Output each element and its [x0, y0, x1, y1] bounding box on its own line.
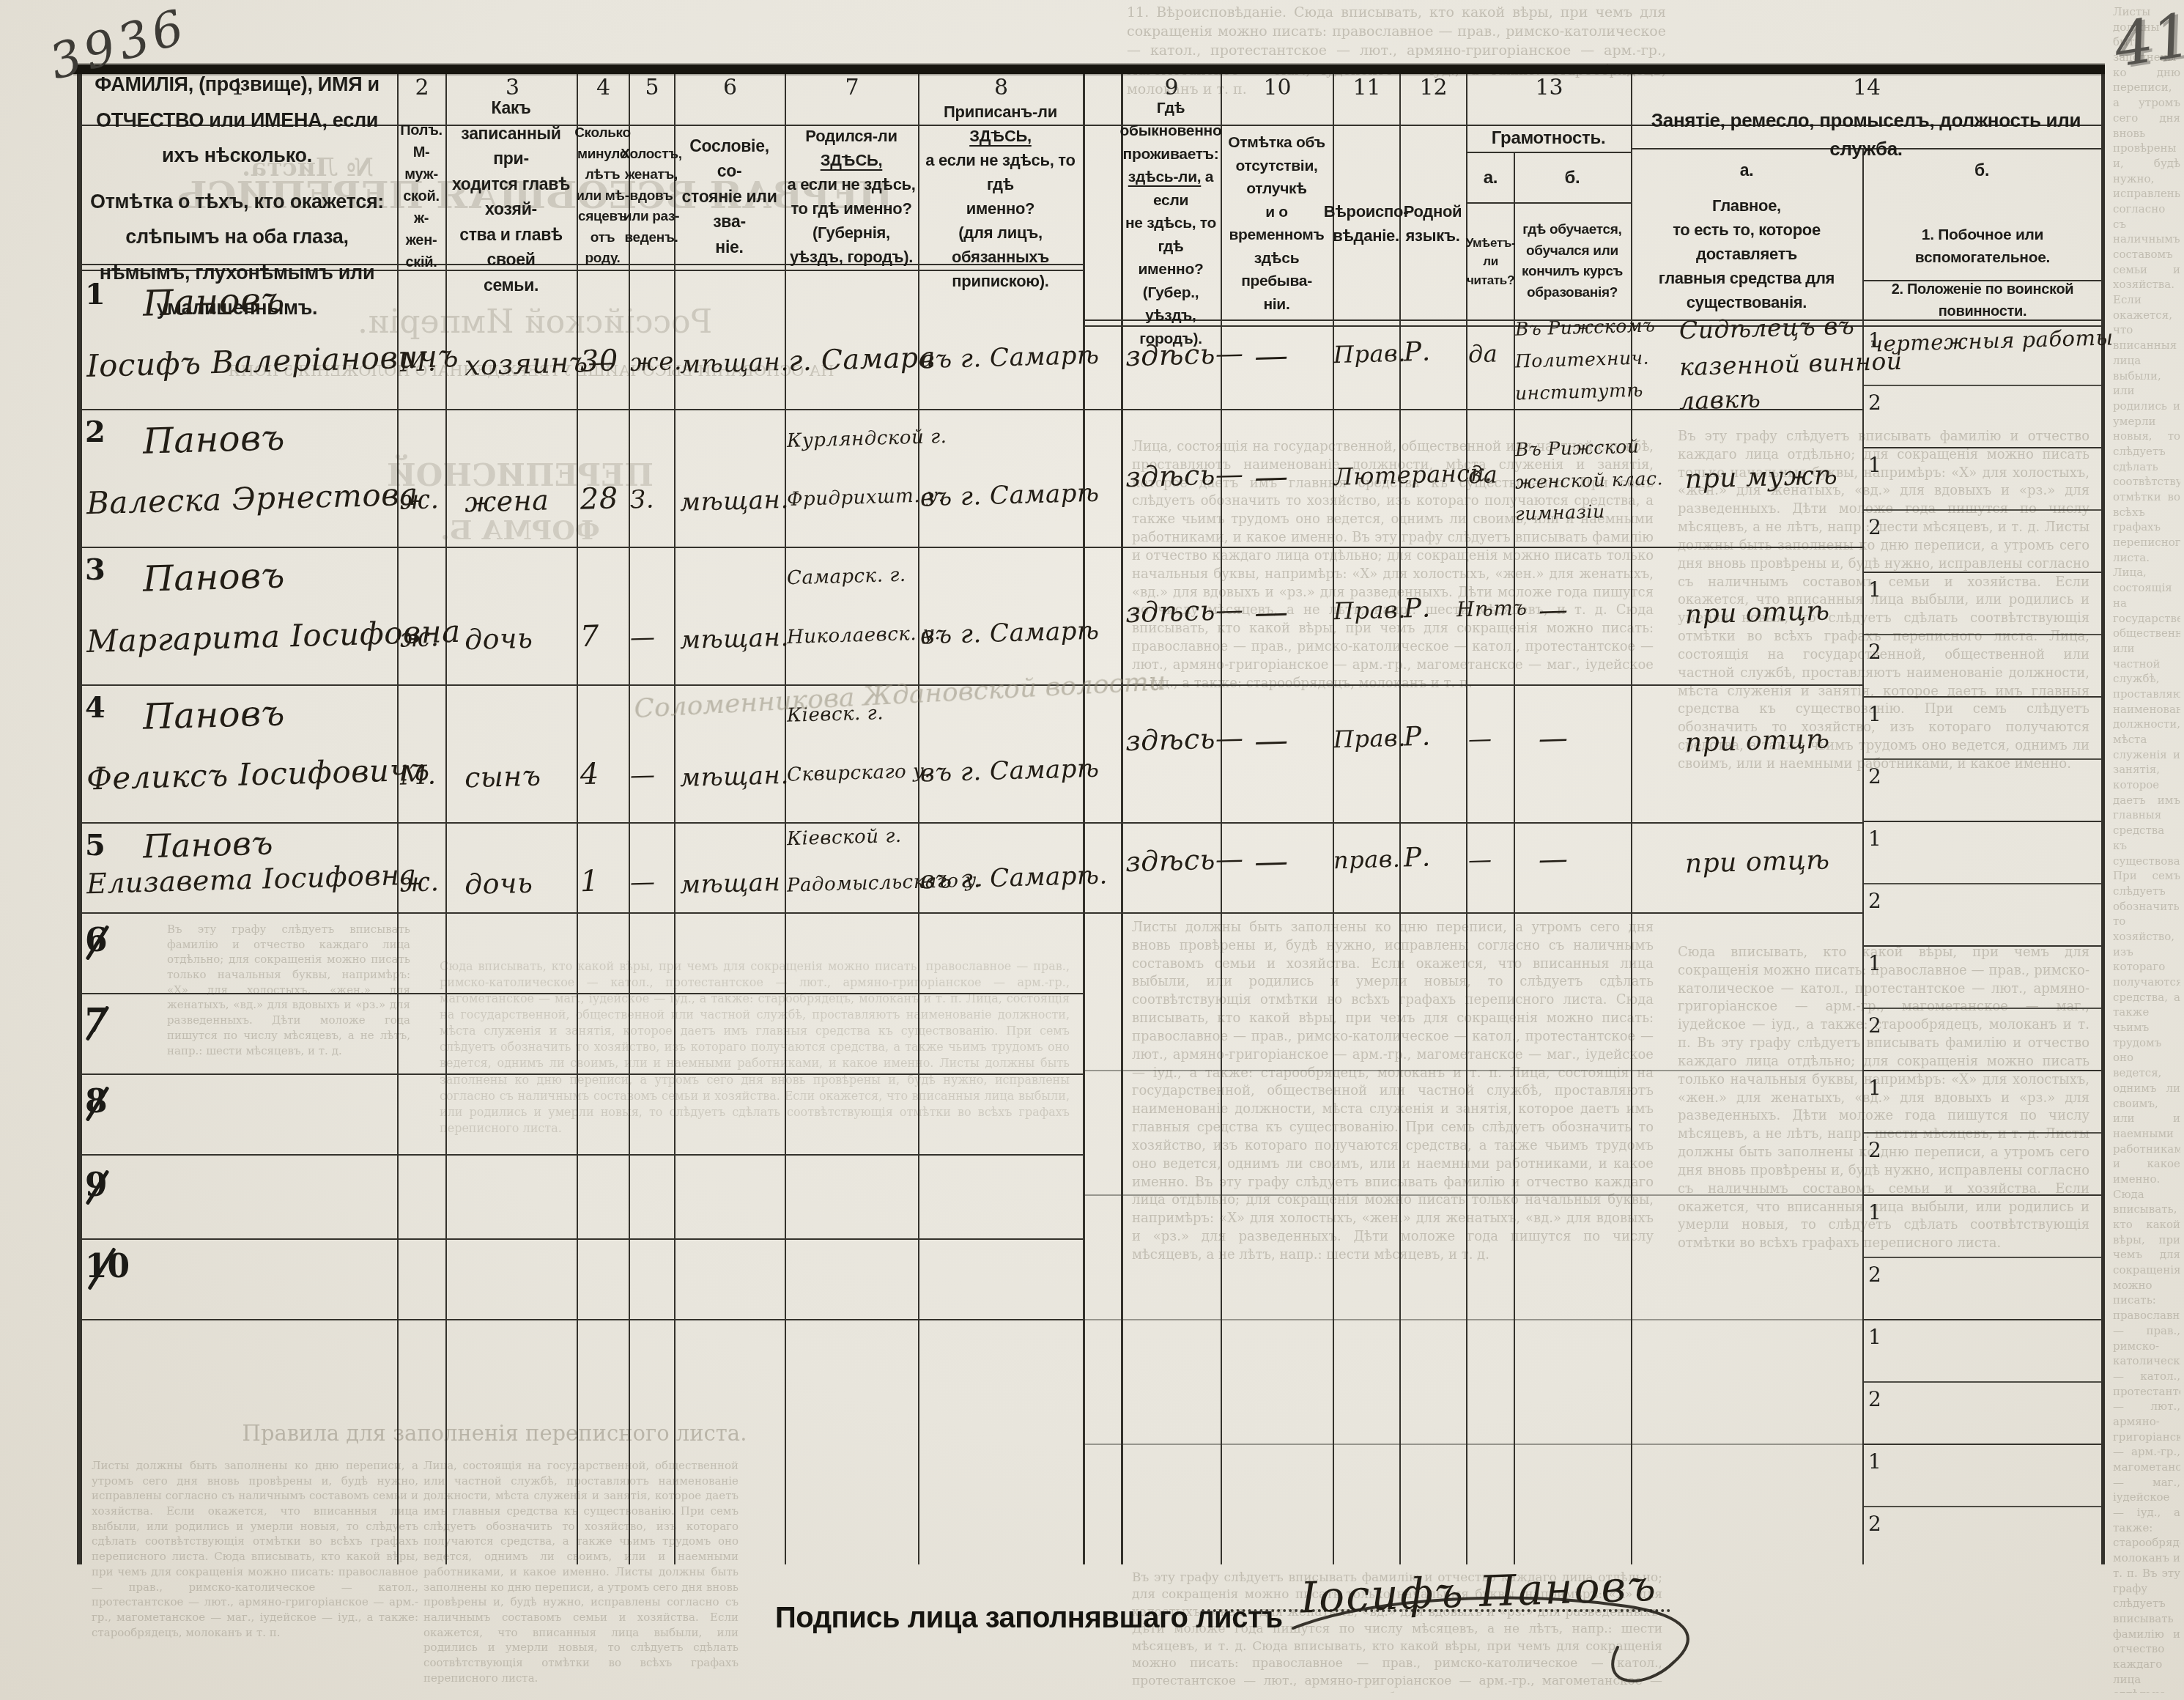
cell-age: 4 [580, 758, 599, 792]
census-sheet-scan: 11. Вѣроисповѣданіе. Сюда вписывать, кто… [0, 0, 2184, 1700]
cell-birthplace-line2: Николаевск. у. [787, 622, 941, 648]
subrow-number-2: 2 [1868, 515, 1898, 539]
subrow-number-2: 2 [1868, 764, 1898, 788]
cell-relation: жена [464, 484, 549, 518]
col14b-subrow-line [1862, 1444, 2101, 1445]
row-divider [77, 409, 1862, 410]
header-text: Родился-ли [805, 127, 897, 145]
cell-education-dash: — [1538, 593, 1569, 627]
cell-education-line: гимназіи [1515, 500, 1605, 524]
cell-language: Р. [1403, 336, 1431, 367]
column-number: 6 [675, 75, 785, 100]
column-header-8: Приписанъ-ли ЗДѢСЬ, а если не здѣсь, то … [919, 130, 1081, 262]
col14b-subrow-line [1862, 572, 2101, 573]
col13-label-a: а. [1467, 157, 1514, 199]
col14b-subrow-line [1862, 1319, 2101, 1320]
col14b-subrow-midline [1862, 1506, 2101, 1507]
subrow-number-1: 1 [1868, 1200, 1898, 1224]
col14b-subrow-midline [1862, 883, 2101, 884]
empty-row-divider [77, 993, 1083, 994]
col13-title-underline [1466, 152, 1631, 153]
right-page-faint-divider [1083, 1070, 1862, 1071]
cell-residence: здѣсь— [1125, 458, 1243, 493]
subrow-number-1: 1 [1868, 827, 1898, 851]
col14-title: Занятіе, ремесло, промыселъ, должность и… [1632, 123, 2100, 147]
column-number: 11 [1334, 75, 1399, 100]
column-line [397, 64, 399, 1564]
column-number: 4 [578, 75, 629, 100]
col14b-subrow-midline [1862, 1008, 2101, 1009]
subrow-number-2: 2 [1868, 889, 1898, 913]
col14b-subrow-line [1862, 696, 2101, 698]
column-line [1083, 64, 1085, 1564]
header-text: а если не здѣсь, то гдѣ именно? (для лиц… [925, 151, 1075, 290]
col14b-subrow-midline [1862, 1381, 2101, 1383]
column-header-4: Сколько минуло лѣтъ или мѣ- сяцевъ отъ р… [578, 130, 627, 262]
bleedthrough-text: Сюда вписывать, кто какой вѣры, при чемъ… [440, 958, 1070, 1369]
col14b-subrow-line [1862, 945, 2101, 947]
cell-relation: дочь [464, 622, 533, 657]
header-text-wrap: Приписанъ-ли ЗДѢСЬ, а если не здѣсь, то … [919, 100, 1081, 293]
cell-education-line: Политехнич. [1515, 347, 1650, 372]
col13-a-text: Умѣетъ- ли читать? [1467, 208, 1514, 315]
cell-birthplace-line2: Сквирскаго у. [787, 760, 931, 786]
right-page-faint-divider [1083, 1444, 1862, 1445]
col14b-subrow-midline [1862, 634, 2101, 635]
cell-literate: да [1467, 339, 1498, 368]
subrow-number-1: 1 [1868, 453, 1898, 477]
cell-literate: Нѣтъ [1456, 596, 1528, 622]
cell-education-line: институтѣ [1515, 380, 1644, 404]
cell-absence-mark: — [1254, 456, 1289, 496]
subrow-number-2: 2 [1868, 1138, 1898, 1162]
cell-age: 28 [580, 481, 618, 516]
subrow-number-1: 1 [1868, 951, 1898, 975]
cell-age: 7 [580, 620, 599, 654]
cell-occupation-main-line: Сидѣлецъ въ [1679, 311, 1855, 345]
cell-religion: Прав. [1333, 596, 1406, 626]
cell-name: Валеска Эрнестова [86, 476, 418, 522]
cell-occupation-main: при отцѣ [1684, 596, 1830, 630]
column-number: 10 [1222, 75, 1333, 100]
column-header-2: Полъ. М-муж- ской. ж-жен- скій. [399, 130, 444, 262]
column-header-6: Сословіе, со- стояніе или зва- ніе. [675, 130, 783, 262]
cell-education-line: женской клас. [1515, 467, 1664, 493]
cell-occupation-main-line: лавкѣ [1678, 384, 1761, 415]
cell-name: Феликсъ Іосифовичъ [86, 751, 430, 797]
col14-b2-text: 2. Положеніе по воинской повинности. [1870, 284, 2095, 317]
cell-religion: Прав. [1333, 339, 1406, 369]
cell-marital: З. [629, 485, 654, 515]
col13-ab-underline [1466, 202, 1631, 204]
col14b-subrow-midline [1862, 385, 2101, 386]
cell-language: Р. [1403, 593, 1431, 624]
cell-absence-mark: — [1254, 591, 1289, 632]
cell-registered: въ г. Самарѣ [919, 754, 1100, 788]
cell-residence: здѣсь— [1125, 594, 1243, 629]
cell-occupation-main: при отцѣ [1684, 724, 1830, 758]
cell-marital: — [629, 868, 656, 898]
column-line [674, 64, 675, 1564]
cell-sex: М. [399, 760, 436, 791]
right-page-faint-divider [1083, 1319, 1862, 1320]
cell-estate: мѣщан. [679, 623, 789, 655]
column-header-10: Отмѣтка объ отсутствіи, отлучкѣ и о врем… [1222, 129, 1331, 318]
row-divider [77, 547, 1862, 548]
cell-registered: въ г. Самарѣ. [919, 860, 1108, 895]
header-text-wrap: Родился-ли ЗДѢСЬ, а если не здѣсь, то гд… [786, 124, 917, 269]
subrow-number-2: 2 [1868, 391, 1898, 415]
cell-name: Елизавета Іосифовна [86, 859, 417, 901]
subrow-number-2: 2 [1868, 1387, 1898, 1411]
col14b-subrow-midline [1862, 758, 2101, 760]
cell-registered: въ г. Самарѣ [919, 616, 1100, 651]
cell-literate: — [1467, 725, 1492, 753]
cell-estate: мѣщан. [679, 761, 789, 793]
col14b-subrow-line [1862, 447, 2101, 448]
page-number-pencil: 41 [2109, 0, 2184, 81]
subrow-number-1: 1 [1868, 1449, 1898, 1474]
cell-education-dash: — [1538, 721, 1569, 755]
col14-b1-text: 1. Побочное или вспомогательное. [1870, 217, 2095, 276]
cell-literate: да [1467, 460, 1498, 489]
subrow-number-2: 2 [1868, 1263, 1898, 1287]
cell-birthplace: г. Самара [788, 341, 936, 377]
column-header-11: Вѣроиспо- вѣданіе. [1334, 129, 1398, 318]
cell-absence-mark: — [1254, 840, 1289, 881]
empty-row-divider [77, 1238, 1083, 1240]
cell-education-line: Въ Рижскомъ [1515, 314, 1656, 339]
header-text-wrap: Гдѣ обыкновенно проживаетъ: здѣсь-ли, а … [1120, 97, 1222, 351]
column-header-1: ФАМИЛІЯ, (прозвище), ИМЯ и ОТЧЕСТВО или … [78, 130, 396, 262]
empty-row-divider [77, 1073, 1083, 1075]
column-header-5: Холостъ, женатъ, вдовъ или раз- веденъ. [630, 130, 673, 262]
cell-estate: мѣщан. [679, 485, 789, 517]
bleedthrough-text: Въ эту графу слѣдуетъ вписывать фамилію … [167, 922, 410, 1106]
column-number: 2 [399, 75, 445, 100]
row-number: 4 [85, 690, 106, 725]
subrow-number-2: 2 [1868, 1512, 1898, 1536]
subrow-number-1: 1 [1868, 1076, 1898, 1100]
col14-label-a: а. [1632, 152, 1861, 188]
col13-title: Грамотность. [1467, 127, 1629, 149]
cell-relation: сынъ [464, 760, 541, 794]
header-text: здѣсь-ли, [1128, 169, 1202, 185]
cell-absence-mark: — [1254, 335, 1289, 375]
cell-age: 1 [580, 865, 599, 899]
bleedthrough-text: Листы должны быть заполнены ко дню переп… [92, 1458, 418, 1691]
cell-registered: въ г. Самарѣ [919, 478, 1100, 513]
subrow-number-1: 1 [1868, 702, 1898, 726]
col14b-subrow-midline [1862, 509, 2101, 511]
signature-flourish [1275, 1575, 1744, 1696]
col13-label-b: б. [1515, 157, 1629, 199]
column-line [629, 64, 630, 1564]
column-line [2101, 64, 2105, 1564]
cell-literate: — [1467, 846, 1492, 874]
row-number: 2 [85, 415, 106, 449]
cell-language: Р. [1403, 721, 1431, 752]
cell-education-line: Въ Рижской [1515, 436, 1640, 461]
cell-age: 30 [580, 344, 618, 378]
row-divider [77, 912, 1862, 914]
header-text: ЗДѢСЬ, [821, 151, 883, 169]
cell-sex: М. [399, 347, 436, 377]
handwriting-bleedthrough: Соломенникова Ждановской волости [633, 666, 1166, 724]
cell-occupation-main: при мужѣ [1684, 460, 1837, 495]
cell-residence: здѣсь— [1125, 722, 1243, 757]
header-names-line1: ФАМИЛІЯ, (прозвище), ИМЯ и ОТЧЕСТВО или … [78, 67, 396, 174]
column-number: 7 [786, 75, 918, 100]
cell-residence: здѣсь— [1125, 843, 1243, 878]
subrow-number-1: 1 [1868, 1325, 1898, 1349]
column-line [577, 64, 578, 1564]
bleedthrough-text: Листы должны быть заполнены ко дню переп… [2113, 4, 2180, 1693]
empty-row-divider [77, 1154, 1083, 1156]
cell-language: Р. [1403, 842, 1431, 873]
col14b-subrow-line [1862, 1194, 2101, 1196]
cell-occupation-main: при отцѣ [1684, 845, 1830, 879]
cell-sex: ж. [399, 484, 439, 515]
signature-label: Подпись лица заполнявшаго листъ [775, 1602, 1283, 1635]
row-number: 1 [85, 277, 106, 311]
cell-sex: ж. [399, 622, 439, 653]
cell-residence: здѣсь— [1125, 337, 1243, 372]
row-divider [77, 822, 1862, 824]
cell-education-dash: — [1538, 842, 1569, 876]
column-number: 13 [1467, 75, 1631, 100]
bleedthrough-text: ФОРМА Б. [410, 513, 630, 547]
cell-marital: же. [629, 347, 682, 377]
subrow-number-2: 2 [1868, 1013, 1898, 1038]
bleedthrough-text: Лица, состоящія на государственной, обще… [423, 1458, 739, 1691]
col14b-subrow-midline [1862, 1257, 2101, 1258]
col14b-subrow-line [1862, 1070, 2101, 1071]
subrow-number-2: 2 [1868, 640, 1898, 664]
cell-marital: — [629, 761, 656, 791]
right-page-faint-divider [1083, 1194, 1862, 1196]
column-line [1631, 64, 1632, 1564]
col14b-subrow-midline [1862, 1132, 2101, 1134]
cell-birthplace-line1: Самарск. г. [787, 564, 906, 590]
cell-estate: мѣщан [679, 868, 780, 900]
header-text: ЗДѢСЬ, [969, 127, 1032, 145]
cell-marital: — [629, 623, 656, 653]
column-number: 14 [1632, 75, 2101, 100]
cell-surname: Пановъ [142, 279, 285, 324]
col14b-subrow-line [1862, 821, 2101, 822]
col14-a-text: Главное, то есть то, которое доставляетъ… [1640, 192, 1854, 315]
cell-sex: ж. [399, 867, 439, 898]
bleedthrough-text: Листы должны быть заполнены ко дню переп… [1132, 919, 1654, 1558]
header-text: Приписанъ-ли [944, 103, 1057, 121]
cell-religion: прав. [1333, 845, 1400, 875]
cell-birthplace-line1: Курляндской г. [787, 426, 947, 452]
cell-surname: Пановъ [142, 417, 285, 462]
cell-absence-mark: — [1254, 720, 1289, 760]
column-header-3: Какъ записанный при- ходится главѣ хозяй… [447, 130, 575, 262]
column-line [785, 64, 786, 1564]
cell-relation: дочь [464, 867, 533, 901]
header-text: а если не здѣсь, то гдѣ именно? (Губер.,… [1125, 169, 1216, 347]
cell-surname: Пановъ [142, 825, 273, 866]
cell-surname: Пановъ [142, 692, 285, 737]
column-number: 12 [1401, 75, 1466, 100]
row-number: 3 [85, 552, 106, 587]
cell-surname: Пановъ [142, 555, 285, 599]
column-header-9: Гдѣ обыкновенно проживаетъ: здѣсь-ли, а … [1122, 129, 1219, 318]
row-number: 5 [85, 828, 106, 862]
col13-b-text: гдѣ обучается, обучался или кончилъ курс… [1515, 208, 1629, 315]
cell-occupation-side: чертежныя работы [1870, 325, 2114, 356]
cell-registered: въ г. Самарѣ [919, 341, 1100, 375]
column-header-12: Родной языкъ. [1401, 129, 1465, 318]
empty-row-divider [77, 1319, 1083, 1320]
col14-label-b: б. [1864, 152, 2100, 188]
column-number: 8 [919, 75, 1083, 100]
cell-birthplace-line1: Кіевской г. [787, 825, 902, 850]
header-text: а если не здѣсь, то гдѣ именно? (Губерні… [787, 175, 915, 266]
column-header-7: Родился-ли ЗДѢСЬ, а если не здѣсь, то гд… [786, 130, 917, 262]
cell-estate: мѣщан. [679, 347, 789, 380]
column-number: 5 [630, 75, 674, 100]
cell-religion: Прав. [1333, 724, 1406, 754]
header-text: Гдѣ обыкновенно проживаетъ: [1120, 100, 1222, 163]
subrow-number-1: 1 [1868, 577, 1898, 602]
cell-occupation-main-line: казенной винной [1679, 347, 1903, 381]
bleedthrough-text: Правила для заполненія переписного листа… [125, 1419, 865, 1452]
